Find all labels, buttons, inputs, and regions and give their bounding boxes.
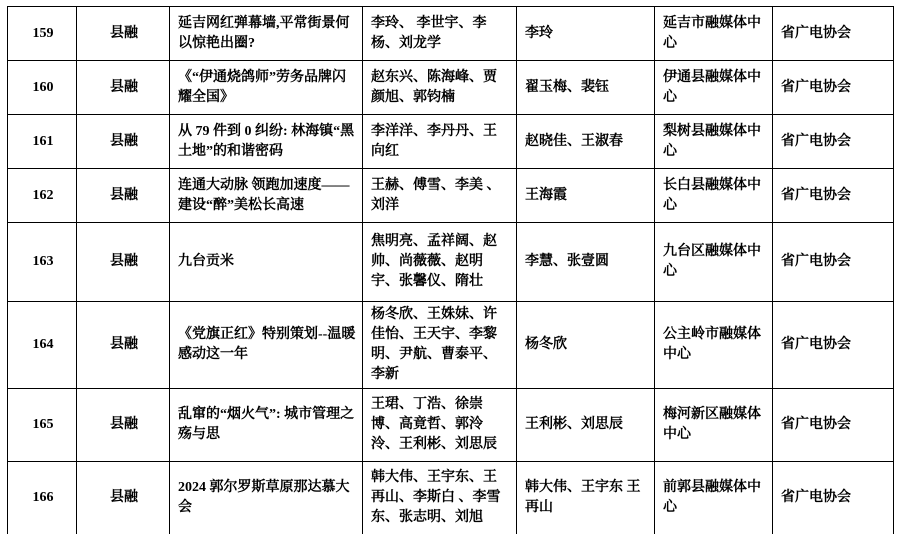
row-number-cell: 162 [8, 169, 77, 223]
category-cell: 县融 [77, 61, 170, 115]
category-cell: 县融 [77, 223, 170, 302]
association-cell: 省广电协会 [773, 389, 894, 462]
row-number-cell: 160 [8, 61, 77, 115]
winners-cell: 翟玉梅、裴钰 [517, 61, 655, 115]
association-cell: 省广电协会 [773, 302, 894, 389]
title-cell: 乱窜的“烟火气”: 城市管理之殇与思 [170, 389, 363, 462]
table-row: 166 县融 2024 郭尔罗斯草原那达慕大会 韩大伟、王宇东、王再山、李斯白 … [8, 462, 894, 534]
row-number-cell: 161 [8, 115, 77, 169]
unit-cell: 长白县融媒体中心 [655, 169, 773, 223]
winners-cell: 赵晓佳、王淑春 [517, 115, 655, 169]
category-cell: 县融 [77, 302, 170, 389]
row-number-cell: 165 [8, 389, 77, 462]
table-row: 164 县融 《党旗正红》特别策划--温暖感动这一年 杨冬欣、王姝妹、许佳怡、王… [8, 302, 894, 389]
creators-cell: 李洋洋、李丹丹、王向红 [363, 115, 517, 169]
title-cell: 2024 郭尔罗斯草原那达慕大会 [170, 462, 363, 534]
association-cell: 省广电协会 [773, 169, 894, 223]
unit-cell: 九台区融媒体中心 [655, 223, 773, 302]
unit-cell: 延吉市融媒体中心 [655, 7, 773, 61]
document-page: 159 县融 延吉网红弹幕墙,平常街景何以惊艳出圈? 李玲、 李世宇、李杨、刘龙… [0, 0, 900, 534]
winners-cell: 王海霞 [517, 169, 655, 223]
winners-cell: 李慧、张壹圆 [517, 223, 655, 302]
unit-cell: 前郭县融媒体中心 [655, 462, 773, 534]
creators-cell: 李玲、 李世宇、李杨、刘龙学 [363, 7, 517, 61]
creators-cell: 王赫、傅雪、李美 、刘洋 [363, 169, 517, 223]
table-row: 165 县融 乱窜的“烟火气”: 城市管理之殇与思 王珺、丁浩、徐崇博、高竟哲、… [8, 389, 894, 462]
table-row: 163 县融 九台贡米 焦明亮、孟祥阔、赵帅、尚薇薇、赵明宇、张馨仪、隋壮 李慧… [8, 223, 894, 302]
title-cell: 《“伊通烧鸽师”劳务品牌闪耀全国》 [170, 61, 363, 115]
association-cell: 省广电协会 [773, 462, 894, 534]
creators-cell: 韩大伟、王宇东、王再山、李斯白 、李雪东、张志明、刘旭 [363, 462, 517, 534]
winners-cell: 杨冬欣 [517, 302, 655, 389]
title-cell: 从 79 件到 0 纠纷: 林海镇“黑土地”的和谐密码 [170, 115, 363, 169]
unit-cell: 梨树县融媒体中心 [655, 115, 773, 169]
winners-cell: 李玲 [517, 7, 655, 61]
table-row: 159 县融 延吉网红弹幕墙,平常街景何以惊艳出圈? 李玲、 李世宇、李杨、刘龙… [8, 7, 894, 61]
category-cell: 县融 [77, 7, 170, 61]
table-row: 160 县融 《“伊通烧鸽师”劳务品牌闪耀全国》 赵东兴、陈海峰、贾颜旭、郭钧楠… [8, 61, 894, 115]
title-cell: 九台贡米 [170, 223, 363, 302]
title-cell: 《党旗正红》特别策划--温暖感动这一年 [170, 302, 363, 389]
awards-table: 159 县融 延吉网红弹幕墙,平常街景何以惊艳出圈? 李玲、 李世宇、李杨、刘龙… [7, 6, 894, 534]
winners-cell: 王利彬、刘思辰 [517, 389, 655, 462]
category-cell: 县融 [77, 462, 170, 534]
table-row: 162 县融 连通大动脉 领跑加速度——建设“醉”美松长高速 王赫、傅雪、李美 … [8, 169, 894, 223]
title-cell: 连通大动脉 领跑加速度——建设“醉”美松长高速 [170, 169, 363, 223]
category-cell: 县融 [77, 115, 170, 169]
unit-cell: 梅河新区融媒体中心 [655, 389, 773, 462]
association-cell: 省广电协会 [773, 7, 894, 61]
table-row: 161 县融 从 79 件到 0 纠纷: 林海镇“黑土地”的和谐密码 李洋洋、李… [8, 115, 894, 169]
association-cell: 省广电协会 [773, 61, 894, 115]
category-cell: 县融 [77, 389, 170, 462]
creators-cell: 王珺、丁浩、徐崇博、高竟哲、郭泠泠、王利彬、刘思辰 [363, 389, 517, 462]
creators-cell: 焦明亮、孟祥阔、赵帅、尚薇薇、赵明宇、张馨仪、隋壮 [363, 223, 517, 302]
row-number-cell: 164 [8, 302, 77, 389]
row-number-cell: 166 [8, 462, 77, 534]
association-cell: 省广电协会 [773, 115, 894, 169]
unit-cell: 公主岭市融媒体中心 [655, 302, 773, 389]
category-cell: 县融 [77, 169, 170, 223]
creators-cell: 杨冬欣、王姝妹、许佳怡、王天宇、李黎明、尹航、曹泰平、李新 [363, 302, 517, 389]
creators-cell: 赵东兴、陈海峰、贾颜旭、郭钧楠 [363, 61, 517, 115]
association-cell: 省广电协会 [773, 223, 894, 302]
row-number-cell: 163 [8, 223, 77, 302]
unit-cell: 伊通县融媒体中心 [655, 61, 773, 115]
title-cell: 延吉网红弹幕墙,平常街景何以惊艳出圈? [170, 7, 363, 61]
winners-cell: 韩大伟、王宇东 王再山 [517, 462, 655, 534]
row-number-cell: 159 [8, 7, 77, 61]
